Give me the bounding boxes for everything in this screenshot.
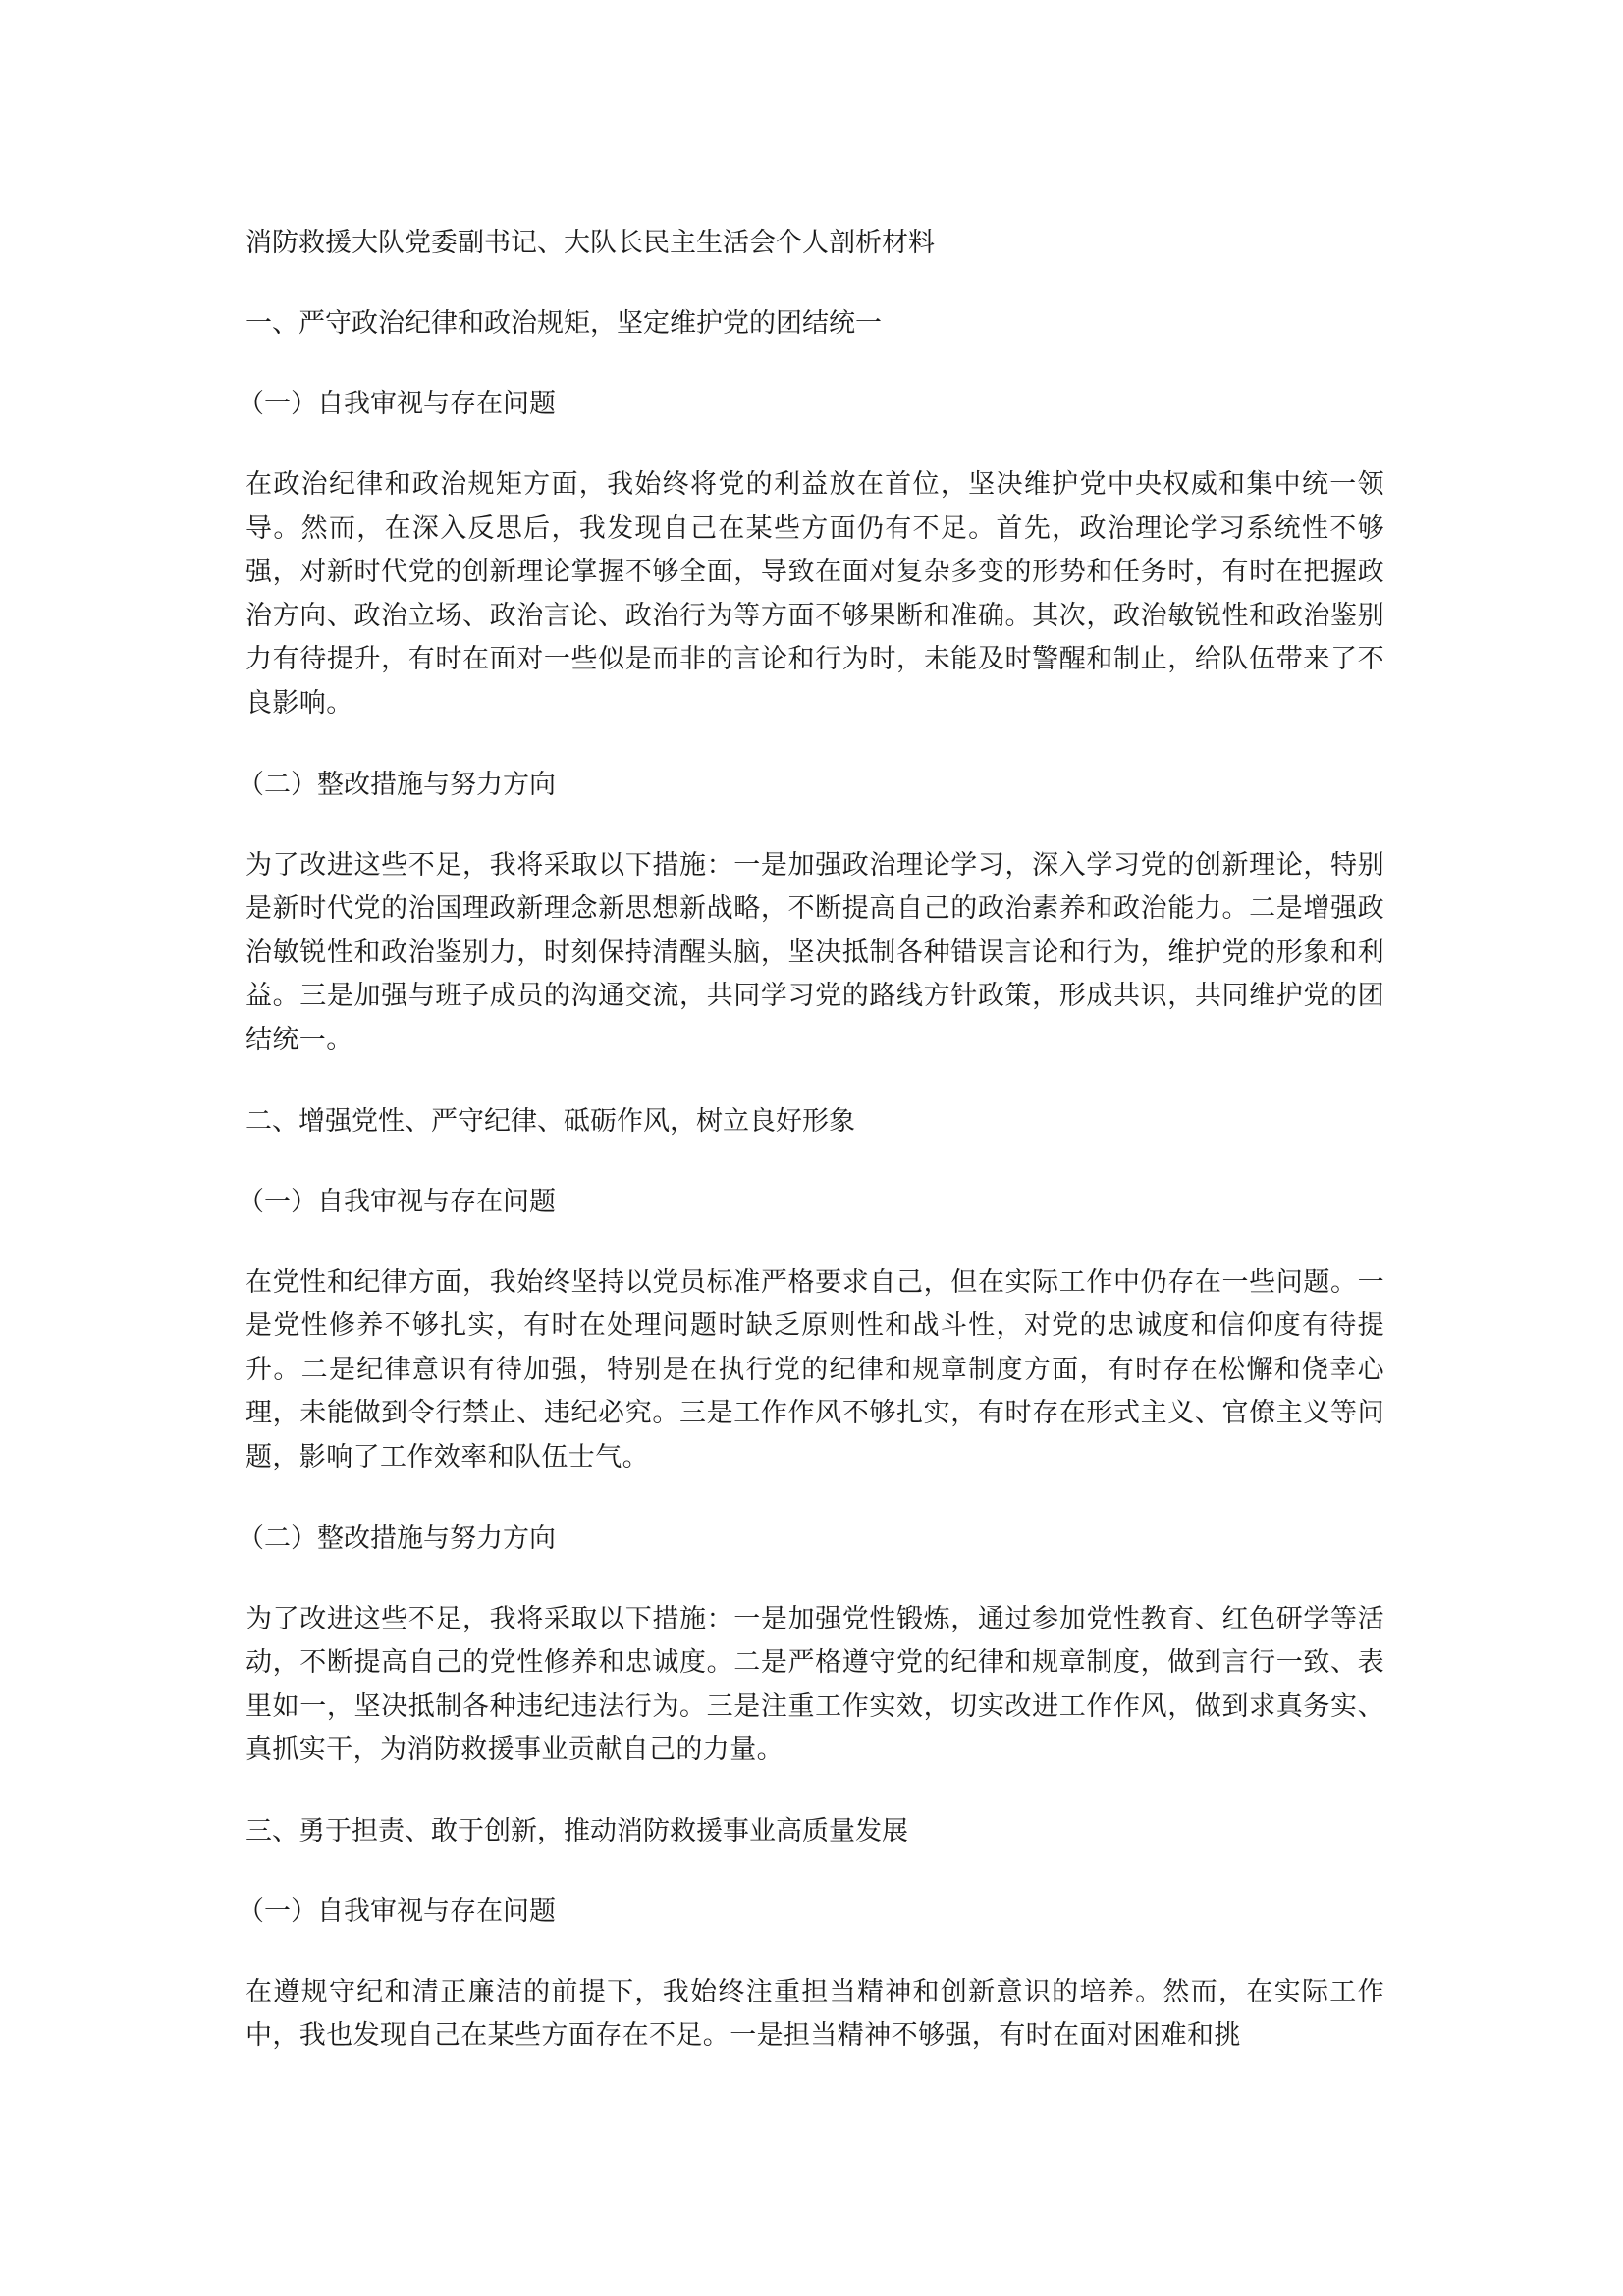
document-content: 消防救援大队党委副书记、大队长民主生活会个人剖析材料 一、严守政治纪律和政治规矩…	[245, 222, 1384, 2058]
section-heading-1: 一、严守政治纪律和政治规矩，坚定维护党的团结统一	[245, 302, 1384, 346]
paragraph-1-1: 在政治纪律和政治规矩方面，我始终将党的利益放在首位，坚决维护党中央权威和集中统一…	[245, 463, 1384, 726]
subsection-heading-1-2: （二）整改措施与努力方向	[245, 764, 1384, 807]
paragraph-2-1: 在党性和纪律方面，我始终坚持以党员标准严格要求自己，但在实际工作中仍存在一些问题…	[245, 1261, 1384, 1480]
paragraph-3-1: 在遵规守纪和清正廉洁的前提下，我始终注重担当精神和创新意识的培养。然而，在实际工…	[245, 1971, 1384, 2058]
subsection-heading-2-2: （二）整改措施与努力方向	[245, 1518, 1384, 1561]
document-title: 消防救援大队党委副书记、大队长民主生活会个人剖析材料	[245, 222, 1384, 265]
paragraph-1-2: 为了改进这些不足，我将采取以下措施：一是加强政治理论学习，深入学习党的创新理论，…	[245, 844, 1384, 1063]
paragraph-2-2: 为了改进这些不足，我将采取以下措施：一是加强党性锻炼，通过参加党性教育、红色研学…	[245, 1598, 1384, 1773]
subsection-heading-3-1: （一）自我审视与存在问题	[245, 1891, 1384, 1934]
section-heading-3: 三、勇于担责、敢于创新，推动消防救援事业高质量发展	[245, 1810, 1384, 1853]
document-page: 消防救援大队党委副书记、大队长民主生活会个人剖析材料 一、严守政治纪律和政治规矩…	[0, 0, 1623, 2296]
subsection-heading-1-1: （一）自我审视与存在问题	[245, 383, 1384, 426]
subsection-heading-2-1: （一）自我审视与存在问题	[245, 1181, 1384, 1224]
section-heading-2: 二、增强党性、严守纪律、砥砺作风，树立良好形象	[245, 1100, 1384, 1144]
